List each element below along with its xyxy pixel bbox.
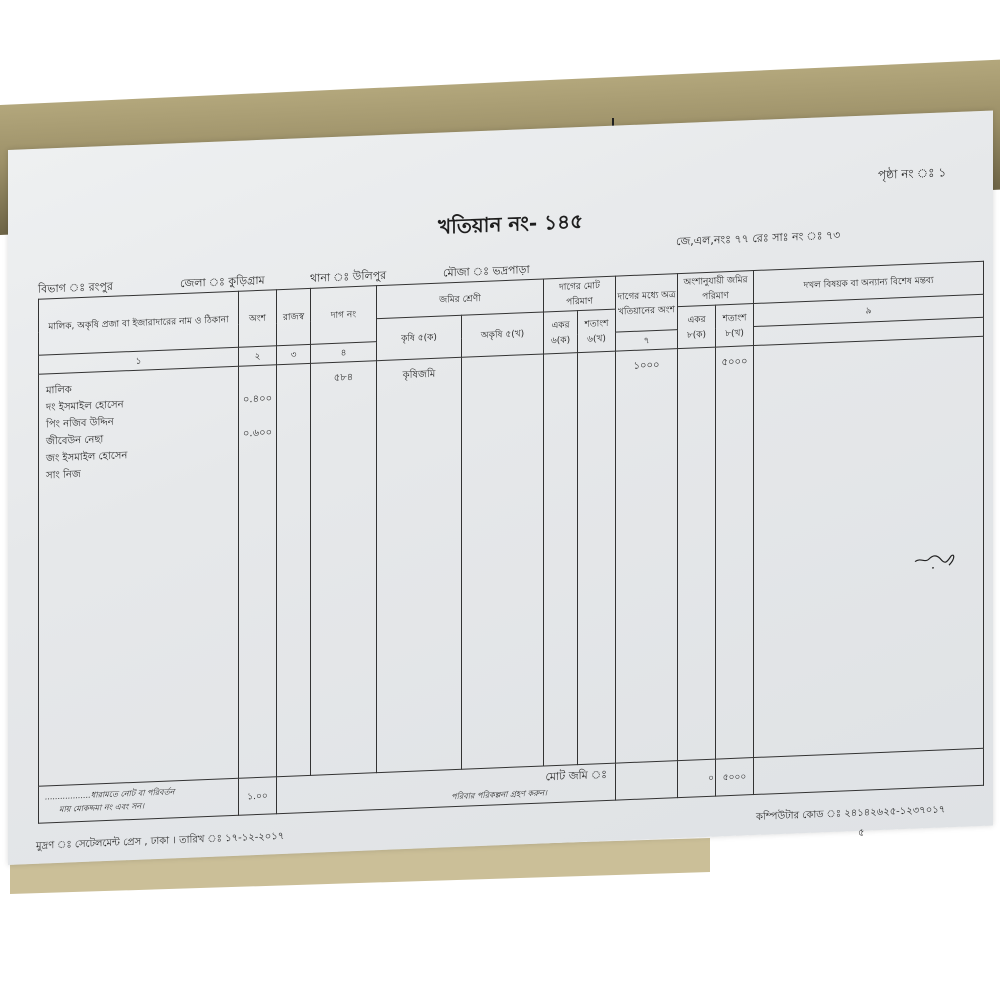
nonagri-cell [462, 354, 544, 769]
share-value: ০.৬০০ [240, 424, 275, 442]
header-owner: মালিক, অকৃষি প্রজা বা ইজারাদারের নাম ও ঠ… [39, 291, 239, 355]
col-num-2: ২ [239, 346, 277, 367]
footer-mark: ৫ [858, 826, 865, 843]
share-value: ০.৪০০ [240, 390, 275, 408]
printer-info: মুদ্রণ ঃ সেটেলমেন্ট প্রেস , ঢাকা । তারিখ… [36, 829, 284, 856]
signature-icon [913, 550, 958, 572]
page-number: পৃষ্ঠা নং ঃ ১ [878, 164, 946, 187]
remarks-cell [754, 336, 984, 757]
header-khatian-share: দাগের মধ্যে অত্র খতিয়ানের অংশ [616, 274, 678, 332]
header-dag-total: দাগের মোট পরিমাণ [544, 276, 616, 312]
header-agri: কৃষি ৫(ক) [377, 315, 462, 360]
footer-note: ..................ধারামতে নোট বা পরিবর্ত… [39, 778, 239, 823]
dag-no-cell: ৫৮৪ [311, 361, 377, 776]
share-acre-cell [678, 347, 716, 761]
document-title: খতিয়ান নং- ১৪৫ [438, 207, 583, 246]
share-decimal-cell: ৫০০০ [716, 346, 754, 760]
revenue-cell [277, 363, 311, 776]
khatian-document: পৃষ্ঠা নং ঃ ১ খতিয়ান নং- ১৪৫ জে,এল,নংঃ … [8, 110, 993, 865]
header-share-acre: একর ৮(ক) [678, 305, 716, 349]
total-land-decimal: ৫০০০ [716, 758, 754, 797]
header-share-decimal: শতাংশ ৮(খ) [716, 304, 754, 348]
land-class-cell: কৃষিজমি [377, 357, 462, 772]
khatian-table: মালিক, অকৃষি প্রজা বা ইজারাদারের নাম ও ঠ… [38, 261, 984, 824]
computer-code: কম্পিউটার কোড ঃ ২৪১৪২৬২৫-১২৩৭০১৭ [756, 802, 945, 827]
total-share: ১.০০ [239, 777, 277, 816]
header-land-by-share: অংশানুযায়ী জমির পরিমাণ [678, 271, 754, 307]
location-meta: বিভাগ ঃ রংপুর জেলা ঃ কুড়িগ্রাম থানা ঃ উ… [38, 258, 598, 280]
jl-info: জে,এল,নংঃ ৭৭ রেঃ সাঃ নং ঃ ৭৩ [676, 227, 840, 253]
col-num-3: ৩ [277, 344, 311, 364]
khatian-share-cell: ১০০০ [616, 349, 678, 763]
header-share: অংশ [239, 290, 277, 348]
header-dag-no: দাগ নং [311, 286, 377, 345]
header-nonagri: অকৃষি ৫(খ) [462, 312, 544, 357]
shares: ০.৪০০ ০.৬০০ [239, 365, 277, 779]
table-row: মালিক দং ইসমাইল হোসেন পিং নজিব উদ্দিন জী… [39, 336, 984, 786]
col-num-7: ৭ [616, 330, 678, 351]
total-land-acre: ০ [678, 759, 716, 798]
dag-decimal-cell [578, 351, 616, 765]
owner-details: মালিক দং ইসমাইল হোসেন পিং নজিব উদ্দিন জী… [39, 366, 239, 786]
header-dag-decimal: শতাংশ ৬(খ) [578, 309, 616, 353]
dag-acre-cell [544, 353, 578, 766]
header-dag-acre: একর ৬(ক) [544, 311, 578, 354]
header-revenue: রাজস্ব [277, 288, 311, 345]
